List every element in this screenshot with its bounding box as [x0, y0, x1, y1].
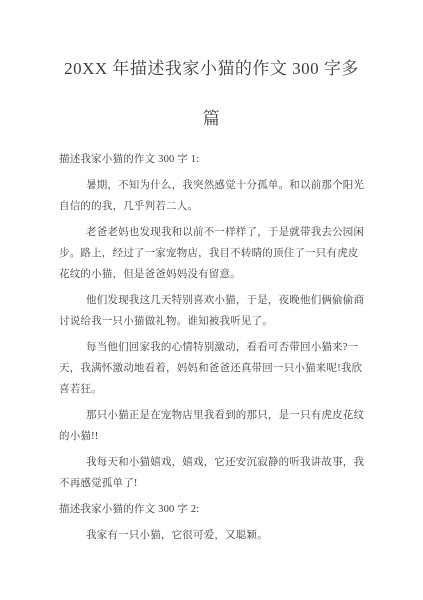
document-title-line2: 篇 [0, 94, 423, 144]
section-1-paragraph-5: 那只小猫正是在宠物店里我看到的那只，是一只有虎皮花纹的小猫!! [59, 405, 367, 447]
section-1-heading: 描述我家小猫的作文 300 字 1: [59, 149, 367, 170]
section-1-paragraph-2: 老爸老妈也发现我和以前不一样样了，于是就带我去公园闲步。路上，经过了一家宠物店，… [59, 222, 367, 285]
document-body: 描述我家小猫的作文 300 字 1: 暑期，不知为什么，我突然感觉十分孤单。和以… [59, 149, 367, 546]
section-1-paragraph-1: 暑期，不知为什么，我突然感觉十分孤单。和以前那个阳光自信的的我，几乎判若二人。 [59, 175, 367, 217]
section-1-paragraph-4: 每当他们回家我的心情特别激动，看看可否带回小猫来?一天，我满怀激动地看着，妈妈和… [59, 337, 367, 400]
document-page: 20XX 年描述我家小猫的作文 300 字多 篇 描述我家小猫的作文 300 字… [0, 0, 423, 600]
section-2-heading: 描述我家小猫的作文 300 字 2: [59, 499, 367, 520]
section-1-paragraph-3: 他们发现我这几天特别喜欢小猫，于是，夜晚他们俩偷偷商讨说给我一只小猫做礼物。谁知… [59, 290, 367, 332]
document-title: 20XX 年描述我家小猫的作文 300 字多 篇 [0, 0, 423, 144]
section-2-paragraph-1: 我家有一只小猫，它很可爱，又聪颖。 [59, 525, 367, 546]
document-title-line1: 20XX 年描述我家小猫的作文 300 字多 [0, 44, 423, 94]
section-1-paragraph-6: 我每天和小猫嬉戏，嬉戏，它还安沉寂静的听我讲故事，我不再感觉孤单了! [59, 452, 367, 494]
